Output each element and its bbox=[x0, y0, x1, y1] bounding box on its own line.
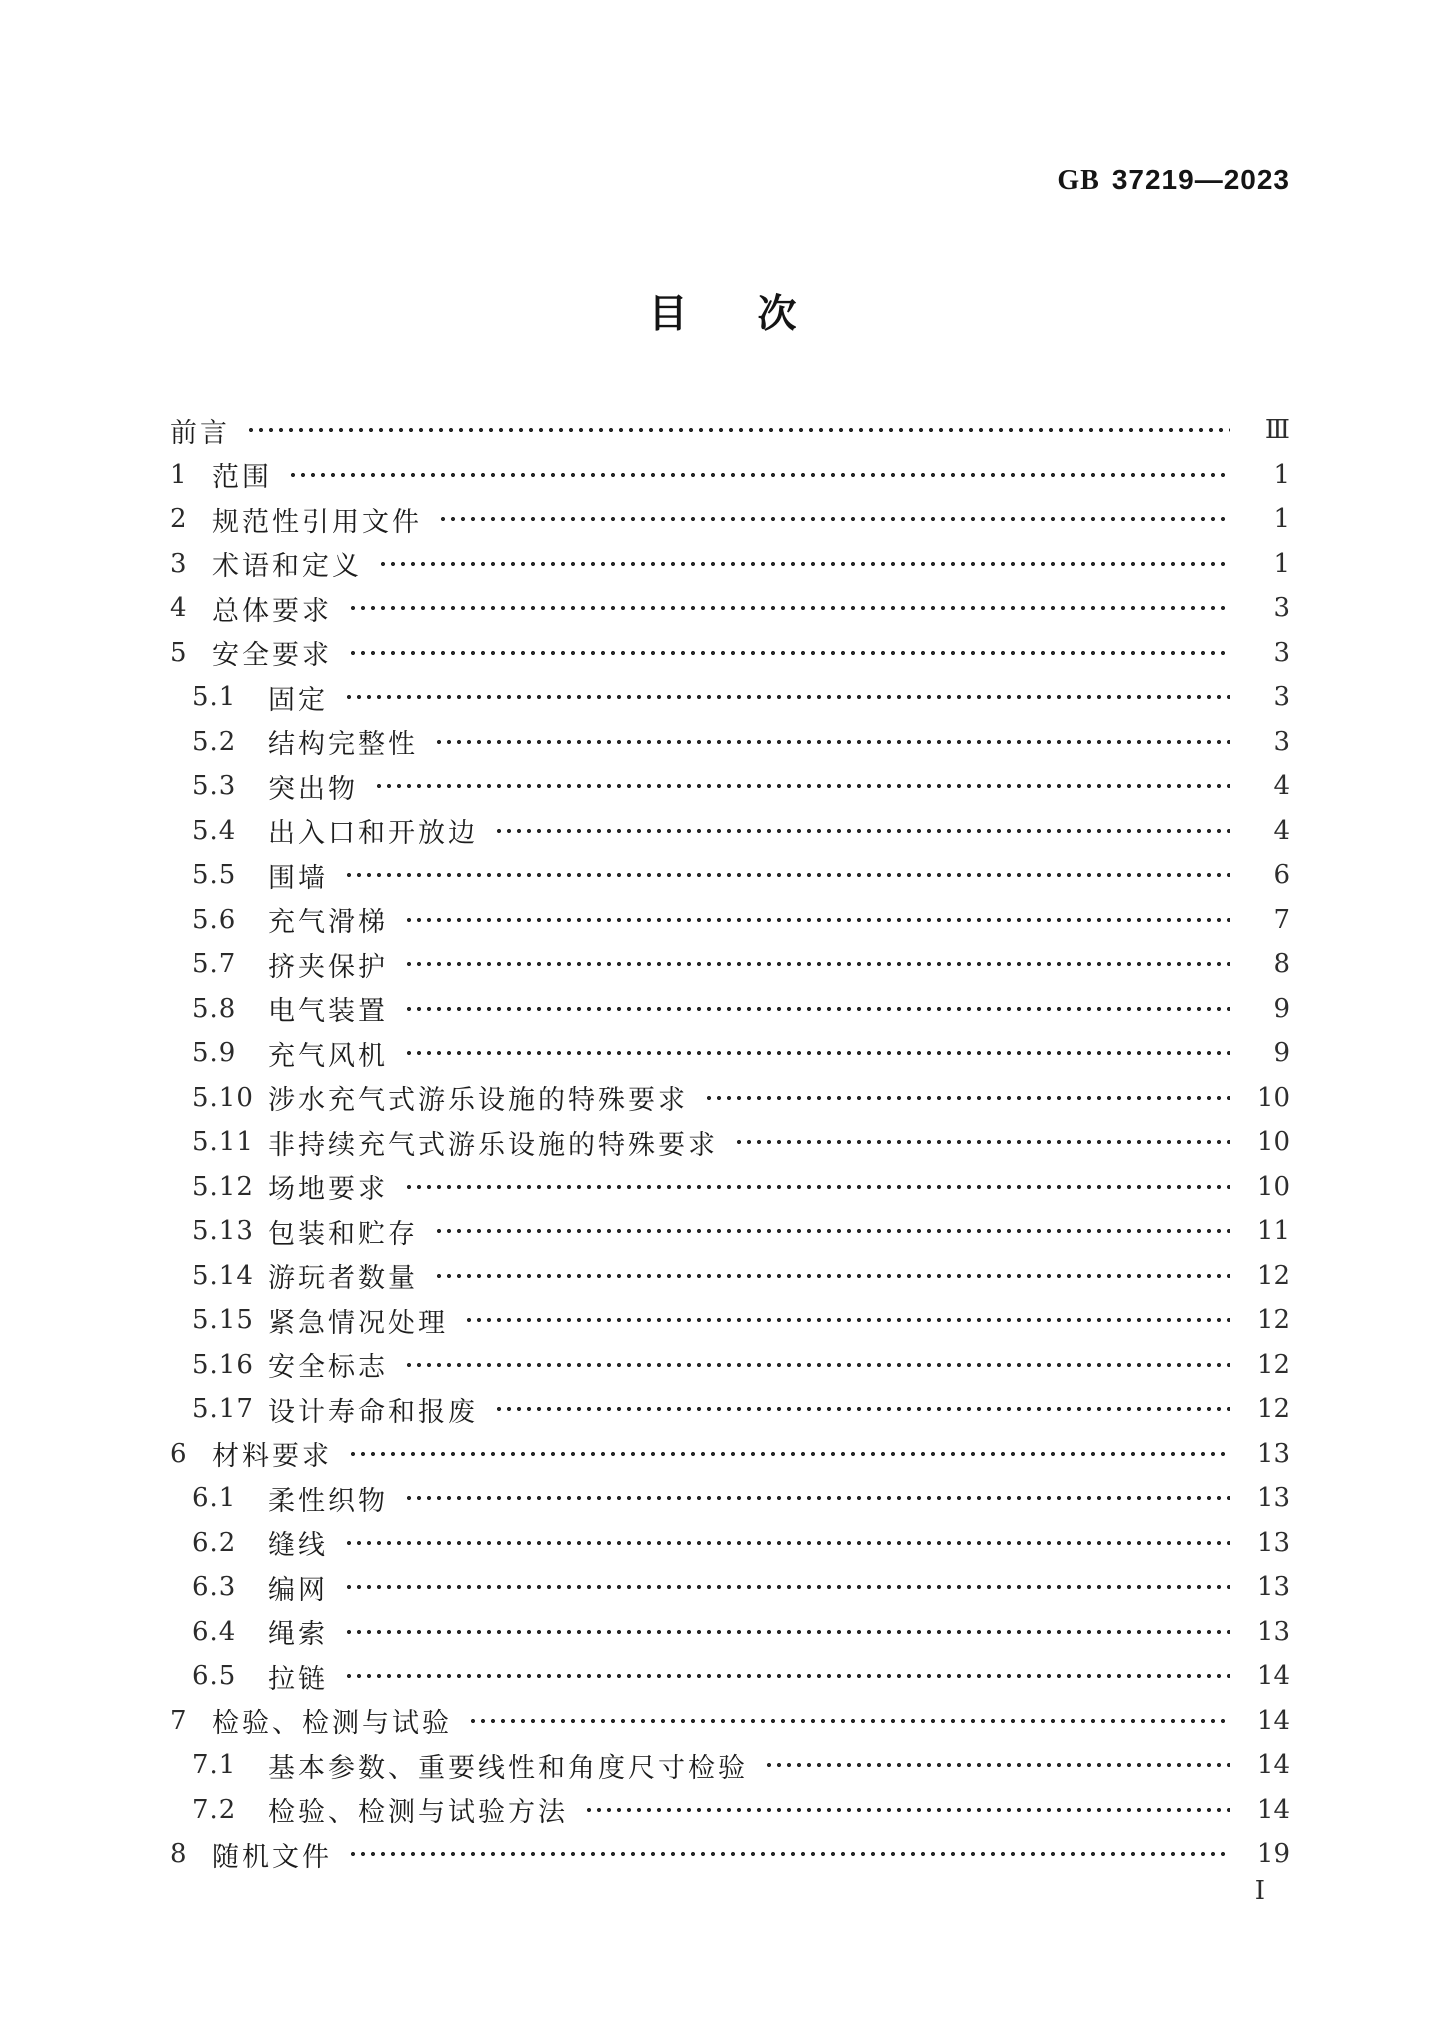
dotted-leader bbox=[344, 1521, 1230, 1566]
toc-entry: 5.16 安全标志 12 bbox=[170, 1343, 1290, 1388]
toc-entry-label: 挤夹保护 bbox=[268, 945, 388, 984]
toc-entry-label: 涉水充气式游乐设施的特殊要求 bbox=[268, 1078, 688, 1117]
toc-entry-page: 3 bbox=[1244, 727, 1290, 757]
toc-entry-number: 6.5 bbox=[192, 1661, 268, 1691]
dotted-leader bbox=[344, 1610, 1230, 1655]
toc-entry-number: 6 bbox=[170, 1439, 212, 1469]
standard-code: GB37219—2023 bbox=[1057, 164, 1290, 197]
toc-entry: 7.1 基本参数、重要线性和角度尺寸检验 14 bbox=[170, 1743, 1290, 1788]
toc-entry-number: 5.16 bbox=[192, 1350, 268, 1380]
toc-entry-page: 11 bbox=[1244, 1216, 1290, 1246]
toc-entry-number: 2 bbox=[170, 504, 212, 534]
toc-entry-page: 12 bbox=[1244, 1350, 1290, 1380]
toc-entry: 5.15 紧急情况处理 12 bbox=[170, 1298, 1290, 1343]
toc-entry-page: 12 bbox=[1244, 1261, 1290, 1291]
toc-entry-page: 10 bbox=[1244, 1083, 1290, 1113]
toc-entry-page: 12 bbox=[1244, 1305, 1290, 1335]
dotted-leader bbox=[374, 764, 1230, 809]
toc-entry-label: 基本参数、重要线性和角度尺寸检验 bbox=[268, 1746, 748, 1785]
dotted-leader bbox=[494, 1387, 1230, 1432]
toc-entry: 5.10 涉水充气式游乐设施的特殊要求 10 bbox=[170, 1076, 1290, 1121]
toc-entry-number: 5 bbox=[170, 638, 212, 668]
toc-entry-page: 9 bbox=[1244, 994, 1290, 1024]
dotted-leader bbox=[288, 453, 1230, 498]
toc-entry-page: 13 bbox=[1244, 1617, 1290, 1647]
toc-entry: 5.4 出入口和开放边 4 bbox=[170, 809, 1290, 854]
standard-code-prefix: GB bbox=[1057, 165, 1099, 196]
toc-entry-page: 13 bbox=[1244, 1528, 1290, 1558]
page-title-char-2: 次 bbox=[758, 294, 797, 337]
dotted-leader bbox=[404, 1476, 1230, 1521]
toc-entry-number: 6.2 bbox=[192, 1528, 268, 1558]
toc-entry-number: 5.13 bbox=[192, 1216, 268, 1246]
dotted-leader bbox=[764, 1743, 1230, 1788]
toc-entry-page: 4 bbox=[1244, 816, 1290, 846]
dotted-leader bbox=[404, 942, 1230, 987]
toc-entry-label: 固定 bbox=[268, 678, 328, 717]
dotted-leader bbox=[348, 586, 1230, 631]
dotted-leader bbox=[434, 1209, 1230, 1254]
dotted-leader bbox=[434, 720, 1230, 765]
dotted-leader bbox=[344, 853, 1230, 898]
dotted-leader bbox=[348, 1432, 1230, 1477]
toc-entry: 6 材料要求 13 bbox=[170, 1432, 1290, 1477]
toc-entry-number: 8 bbox=[170, 1839, 212, 1869]
toc-entry: 6.1 柔性织物 13 bbox=[170, 1476, 1290, 1521]
toc-entry-label: 随机文件 bbox=[212, 1835, 332, 1874]
toc-entry-page: 13 bbox=[1244, 1483, 1290, 1513]
toc-entry: 6.3 编网 13 bbox=[170, 1565, 1290, 1610]
dotted-leader bbox=[494, 809, 1230, 854]
toc-entry-label: 场地要求 bbox=[268, 1167, 388, 1206]
toc-entry-label: 包装和贮存 bbox=[268, 1212, 418, 1251]
toc-entry-number: 5.3 bbox=[192, 771, 268, 801]
toc-entry: 7.2 检验、检测与试验方法 14 bbox=[170, 1788, 1290, 1833]
dotted-leader bbox=[468, 1699, 1230, 1744]
toc-entry-number: 5.2 bbox=[192, 727, 268, 757]
dotted-leader bbox=[344, 1565, 1230, 1610]
dotted-leader bbox=[246, 408, 1230, 453]
toc-entry-page: Ⅲ bbox=[1244, 415, 1290, 445]
toc-entry-label: 紧急情况处理 bbox=[268, 1301, 448, 1340]
toc-entry-number: 5.7 bbox=[192, 949, 268, 979]
toc-entry: 2 规范性引用文件 1 bbox=[170, 497, 1290, 542]
dotted-leader bbox=[734, 1120, 1230, 1165]
toc-entry: 4 总体要求 3 bbox=[170, 586, 1290, 631]
toc-entry-label: 范围 bbox=[212, 455, 272, 494]
toc-entry: 6.5 拉链 14 bbox=[170, 1654, 1290, 1699]
toc-entry-number: 6.3 bbox=[192, 1572, 268, 1602]
dotted-leader bbox=[404, 1031, 1230, 1076]
toc-entry: 5.14 游玩者数量 12 bbox=[170, 1254, 1290, 1299]
toc-entry: 8 随机文件 19 bbox=[170, 1832, 1290, 1877]
toc-entry: 6.4 绳索 13 bbox=[170, 1610, 1290, 1655]
toc-entry-number: 5.6 bbox=[192, 905, 268, 935]
toc-entry-page: 7 bbox=[1244, 905, 1290, 935]
dotted-leader bbox=[704, 1076, 1230, 1121]
dotted-leader bbox=[348, 1832, 1230, 1877]
toc-entry-number: 7 bbox=[170, 1706, 212, 1736]
toc-entry-label: 充气滑梯 bbox=[268, 900, 388, 939]
toc-entry: 5.6 充气滑梯 7 bbox=[170, 898, 1290, 943]
dotted-leader bbox=[434, 1254, 1230, 1299]
toc-entry-label: 前言 bbox=[170, 411, 230, 450]
toc-entry-page: 9 bbox=[1244, 1038, 1290, 1068]
document-page: GB37219—2023 目 次 前言 Ⅲ 1 范围 1 2 规范性引用文件 1 bbox=[0, 0, 1445, 2044]
toc-entry-label: 柔性织物 bbox=[268, 1479, 388, 1518]
dotted-leader bbox=[438, 497, 1230, 542]
toc-entry-label: 缝线 bbox=[268, 1523, 328, 1562]
toc-entry: 5.7 挤夹保护 8 bbox=[170, 942, 1290, 987]
toc-entry-number: 5.15 bbox=[192, 1305, 268, 1335]
toc-entry: 前言 Ⅲ bbox=[170, 408, 1290, 453]
toc-entry-number: 7.2 bbox=[192, 1795, 268, 1825]
toc-entry: 5.5 围墙 6 bbox=[170, 853, 1290, 898]
toc-entry-number: 5.10 bbox=[192, 1083, 268, 1113]
toc-entry-page: 3 bbox=[1244, 682, 1290, 712]
toc-entry: 5.17 设计寿命和报废 12 bbox=[170, 1387, 1290, 1432]
toc-entry-page: 8 bbox=[1244, 949, 1290, 979]
toc-entry-number: 6.1 bbox=[192, 1483, 268, 1513]
toc-entry-label: 总体要求 bbox=[212, 589, 332, 628]
toc-entry-page: 1 bbox=[1244, 504, 1290, 534]
toc-entry: 5.1 固定 3 bbox=[170, 675, 1290, 720]
toc-entry: 5.9 充气风机 9 bbox=[170, 1031, 1290, 1076]
toc-entry: 5.8 电气装置 9 bbox=[170, 987, 1290, 1032]
toc-entry-number: 5.17 bbox=[192, 1394, 268, 1424]
toc-entry-label: 非持续充气式游乐设施的特殊要求 bbox=[268, 1123, 718, 1162]
toc-entry-page: 14 bbox=[1244, 1661, 1290, 1691]
dotted-leader bbox=[404, 987, 1230, 1032]
toc-entry-label: 安全要求 bbox=[212, 633, 332, 672]
toc-entry-page: 1 bbox=[1244, 549, 1290, 579]
toc-entry-label: 编网 bbox=[268, 1568, 328, 1607]
toc-entry: 5.3 突出物 4 bbox=[170, 764, 1290, 809]
footer-page-number: Ⅰ bbox=[1255, 1876, 1265, 1906]
toc-entry-page: 10 bbox=[1244, 1172, 1290, 1202]
toc-entry-page: 14 bbox=[1244, 1706, 1290, 1736]
toc-entry-page: 1 bbox=[1244, 460, 1290, 490]
toc-entry-label: 围墙 bbox=[268, 856, 328, 895]
dotted-leader bbox=[584, 1788, 1230, 1833]
toc-entry-page: 13 bbox=[1244, 1572, 1290, 1602]
toc-entry-number: 5.4 bbox=[192, 816, 268, 846]
toc-entry-page: 14 bbox=[1244, 1750, 1290, 1780]
dotted-leader bbox=[344, 675, 1230, 720]
toc-entry-number: 3 bbox=[170, 549, 212, 579]
dotted-leader bbox=[344, 1654, 1230, 1699]
toc-entry-number: 5.5 bbox=[192, 860, 268, 890]
dotted-leader bbox=[404, 898, 1230, 943]
toc-entry-number: 5.11 bbox=[192, 1127, 268, 1157]
toc-entry: 6.2 缝线 13 bbox=[170, 1521, 1290, 1566]
toc-entry: 5.12 场地要求 10 bbox=[170, 1165, 1290, 1210]
toc-entry: 5.13 包装和贮存 11 bbox=[170, 1209, 1290, 1254]
toc-entry-label: 突出物 bbox=[268, 767, 358, 806]
toc-entry-label: 规范性引用文件 bbox=[212, 500, 422, 539]
toc-entry-label: 电气装置 bbox=[268, 989, 388, 1028]
toc-entry: 1 范围 1 bbox=[170, 453, 1290, 498]
toc-entry-page: 3 bbox=[1244, 593, 1290, 623]
toc-entry-page: 19 bbox=[1244, 1839, 1290, 1869]
toc-entry: 5 安全要求 3 bbox=[170, 631, 1290, 676]
toc-entry-label: 结构完整性 bbox=[268, 722, 418, 761]
toc-entry-page: 4 bbox=[1244, 771, 1290, 801]
toc-entry-number: 5.8 bbox=[192, 994, 268, 1024]
toc-entry-label: 充气风机 bbox=[268, 1034, 388, 1073]
toc-entry: 7 检验、检测与试验 14 bbox=[170, 1699, 1290, 1744]
toc-list: 前言 Ⅲ 1 范围 1 2 规范性引用文件 1 3 术语和定义 1 4 总体要求 bbox=[170, 408, 1290, 1877]
toc-entry-number: 5.14 bbox=[192, 1261, 268, 1291]
toc-entry-number: 5.9 bbox=[192, 1038, 268, 1068]
toc-entry-page: 10 bbox=[1244, 1127, 1290, 1157]
toc-entry-label: 游玩者数量 bbox=[268, 1256, 418, 1295]
toc-entry-page: 6 bbox=[1244, 860, 1290, 890]
toc-entry-label: 检验、检测与试验方法 bbox=[268, 1790, 568, 1829]
toc-entry-number: 4 bbox=[170, 593, 212, 623]
toc-entry: 5.11 非持续充气式游乐设施的特殊要求 10 bbox=[170, 1120, 1290, 1165]
toc-entry-number: 6.4 bbox=[192, 1617, 268, 1647]
page-title: 目 次 bbox=[0, 294, 1445, 337]
standard-code-number: 37219—2023 bbox=[1112, 164, 1290, 195]
toc-entry-number: 5.12 bbox=[192, 1172, 268, 1202]
toc-entry: 3 术语和定义 1 bbox=[170, 542, 1290, 587]
toc-entry-label: 材料要求 bbox=[212, 1434, 332, 1473]
toc-entry-label: 术语和定义 bbox=[212, 544, 362, 583]
toc-entry-page: 13 bbox=[1244, 1439, 1290, 1469]
toc-entry-label: 检验、检测与试验 bbox=[212, 1701, 452, 1740]
toc-entry-label: 安全标志 bbox=[268, 1345, 388, 1384]
toc-entry-page: 12 bbox=[1244, 1394, 1290, 1424]
dotted-leader bbox=[464, 1298, 1230, 1343]
toc-entry-label: 设计寿命和报废 bbox=[268, 1390, 478, 1429]
toc-entry: 5.2 结构完整性 3 bbox=[170, 720, 1290, 765]
dotted-leader bbox=[404, 1165, 1230, 1210]
toc-entry-number: 7.1 bbox=[192, 1750, 268, 1780]
toc-entry-number: 1 bbox=[170, 460, 212, 490]
dotted-leader bbox=[404, 1343, 1230, 1388]
toc-entry-page: 14 bbox=[1244, 1795, 1290, 1825]
toc-entry-label: 绳索 bbox=[268, 1612, 328, 1651]
dotted-leader bbox=[348, 631, 1230, 676]
toc-entry-number: 5.1 bbox=[192, 682, 268, 712]
toc-entry-page: 3 bbox=[1244, 638, 1290, 668]
page-title-char-1: 目 bbox=[648, 294, 687, 337]
toc-entry-label: 出入口和开放边 bbox=[268, 811, 478, 850]
dotted-leader bbox=[378, 542, 1230, 587]
toc-entry-label: 拉链 bbox=[268, 1657, 328, 1696]
